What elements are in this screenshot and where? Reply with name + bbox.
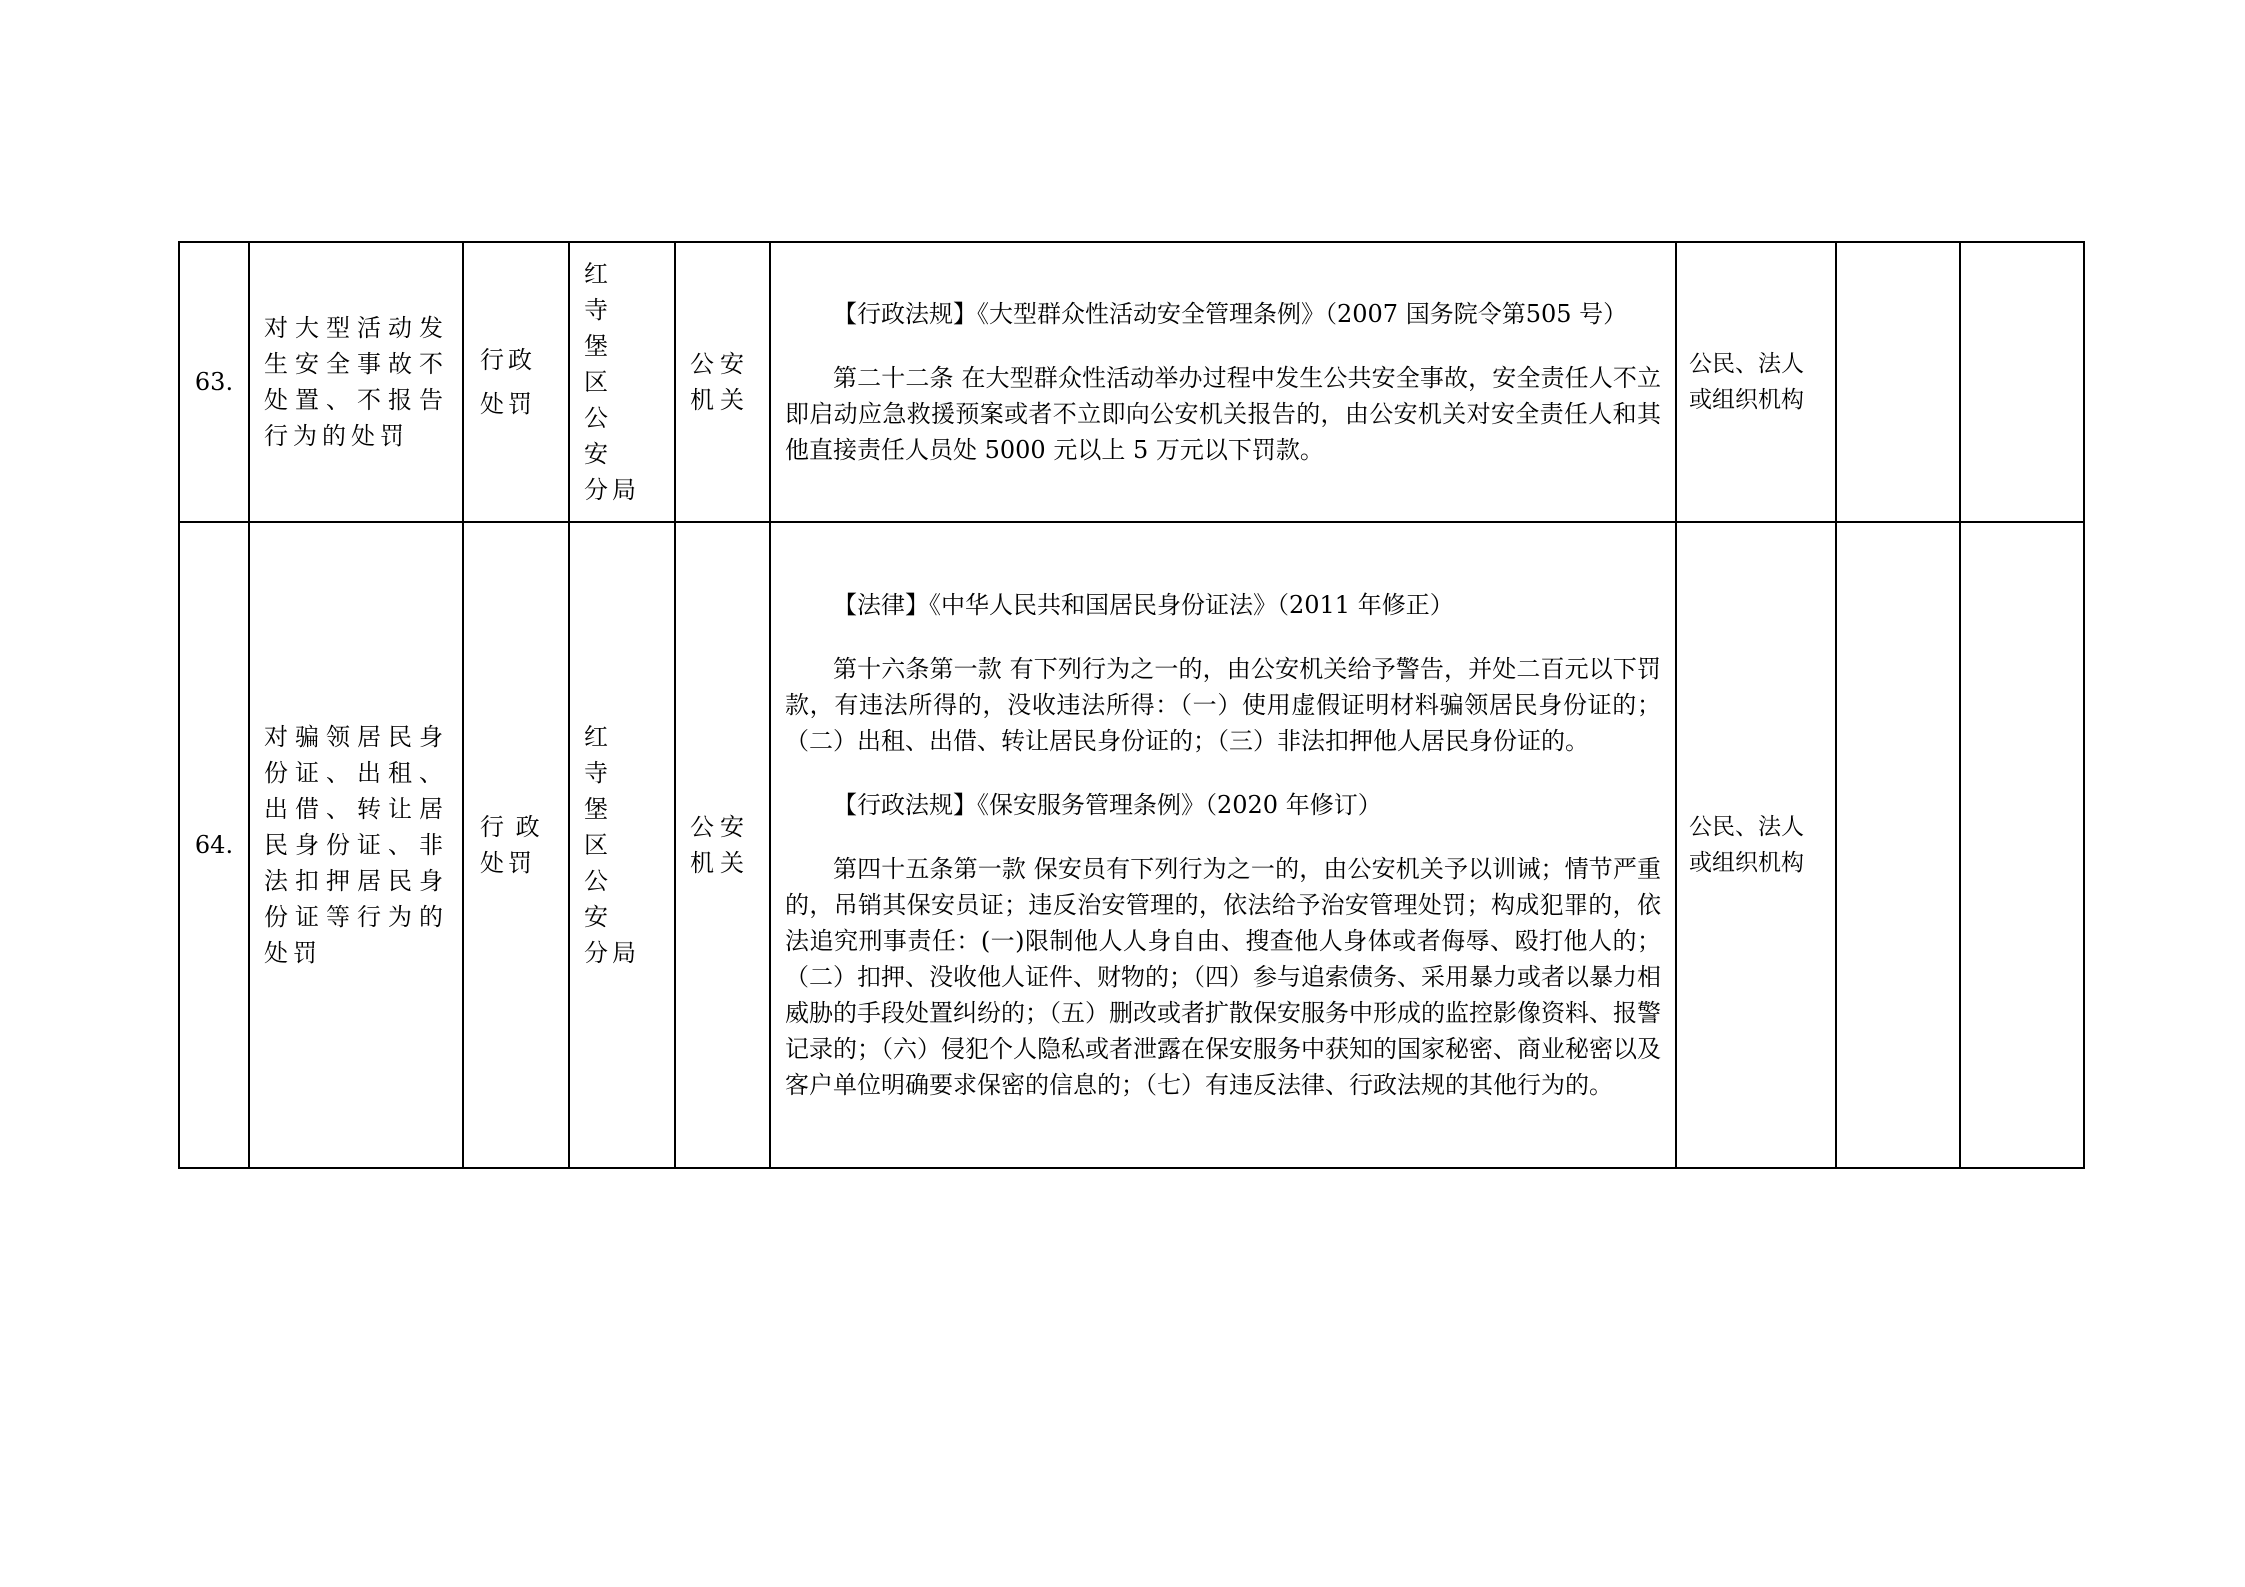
row-number: 64. [179,522,249,1168]
enforcement-body-cell: 公安 机关 [675,242,770,522]
empty-cell [1960,522,2084,1168]
department-char: 红 [584,256,658,292]
legal-basis-cell: 【行政法规】《大型群众性活动安全管理条例》（2007 国务院令第505 号） 第… [770,242,1676,522]
legal-basis-article: 第二十二条 在大型群众性活动举办过程中发生公共安全事故，安全责任人不立即启动应急… [785,360,1661,468]
enforcement-body-line: 公安 [690,809,761,845]
empty-cell [1836,242,1960,522]
table-row: 63. 对大型活动发生安全事故不处置、不报告行为的处罚 行政 处罚 红寺 堡区 … [179,242,2084,522]
penalty-type-line: 行政 [480,338,558,382]
table-row: 64. 对骗领居民身份证、出租、出借、转让居民身份证、非法扣押居民身份证等行为的… [179,522,2084,1168]
legal-basis-article: 第十六条第一款 有下列行为之一的，由公安机关给予警告，并处二百元以下罚款，有违法… [785,651,1661,759]
target-line: 公民、法人 [1689,809,1825,845]
target-line: 公民、法人 [1689,346,1825,382]
department-cell: 红寺 堡区 公安 分局 [569,242,675,522]
department-cell: 红寺 堡区 公安 分局 [569,522,675,1168]
department-char: 公 [584,863,658,899]
enforcement-body-line: 机关 [690,382,761,418]
item-name-cell: 对骗领居民身份证、出租、出借、转让居民身份证、非法扣押居民身份证等行为的处罚 [249,522,463,1168]
department-char: 区 [584,827,658,863]
penalty-items-table: 63. 对大型活动发生安全事故不处置、不报告行为的处罚 行政 处罚 红寺 堡区 … [178,241,2085,1169]
target-line: 或组织机构 [1689,382,1825,418]
legal-basis-title: 【法律】《中华人民共和国居民身份证法》（2011 年修正） [785,587,1661,623]
penalty-type-cell: 行政 处罚 [463,242,569,522]
department-line: 分局 [584,472,666,508]
target-cell: 公民、法人 或组织机构 [1676,522,1836,1168]
legal-basis-cell: 【法律】《中华人民共和国居民身份证法》（2011 年修正） 第十六条第一款 有下… [770,522,1676,1168]
department-char: 安 [584,436,658,472]
department-char: 寺 [584,292,658,328]
department-line: 分局 [584,935,666,971]
target-cell: 公民、法人 或组织机构 [1676,242,1836,522]
row-number: 63. [179,242,249,522]
penalty-type-line: 行 政 [480,809,558,845]
department-char: 堡 [584,328,658,364]
legal-basis-title: 【行政法规】《大型群众性活动安全管理条例》（2007 国务院令第505 号） [785,296,1661,332]
department-char: 区 [584,364,658,400]
item-name: 对骗领居民身份证、出租、出借、转让居民身份证、非法扣押居民身份证等行为的处罚 [250,719,462,971]
enforcement-body-cell: 公安 机关 [675,522,770,1168]
penalty-type-line: 处罚 [480,382,558,426]
item-name-cell: 对大型活动发生安全事故不处置、不报告行为的处罚 [249,242,463,522]
department-char: 安 [584,899,658,935]
department-char: 红 [584,719,658,755]
department-char: 寺 [584,755,658,791]
item-name: 对大型活动发生安全事故不处置、不报告行为的处罚 [250,310,462,454]
target-line: 或组织机构 [1689,845,1825,881]
department-char: 堡 [584,791,658,827]
empty-cell [1836,522,1960,1168]
empty-cell [1960,242,2084,522]
penalty-type-line: 处罚 [480,845,558,881]
legal-basis-title: 【行政法规】《保安服务管理条例》（2020 年修订） [785,787,1661,823]
enforcement-body-line: 机关 [690,845,761,881]
penalty-type-cell: 行 政 处罚 [463,522,569,1168]
department-char: 公 [584,400,658,436]
legal-basis-article: 第四十五条第一款 保安员有下列行为之一的，由公安机关予以训诫；情节严重的，吊销其… [785,851,1661,1103]
enforcement-body-line: 公安 [690,346,761,382]
